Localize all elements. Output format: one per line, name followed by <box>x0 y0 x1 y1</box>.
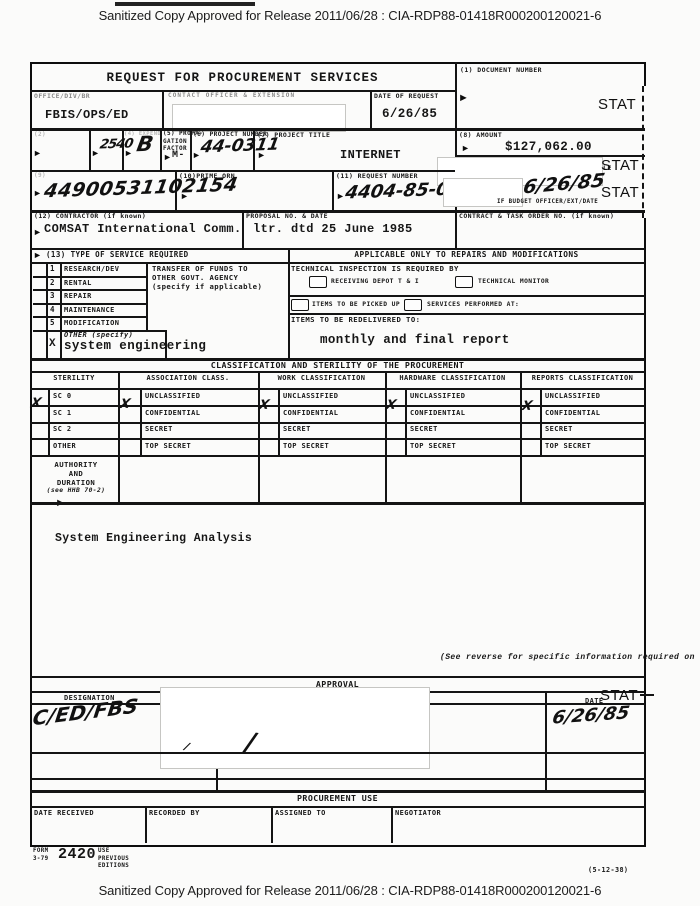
service-item-num: 2 <box>50 278 55 287</box>
technical-monitor-label: TECHNICAL MONITOR <box>478 278 549 286</box>
service-item-num: 5 <box>50 318 55 327</box>
arrow-marker: ► <box>124 148 132 158</box>
grid-line-v <box>162 90 164 128</box>
date-of-request-label: DATE OF REQUEST <box>374 92 439 100</box>
redaction-box <box>160 687 430 769</box>
assigned-to-label: ASSIGNED TO <box>275 809 326 818</box>
top-sanitization-banner: Sanitized Copy Approved for Release 2011… <box>0 8 700 23</box>
grid-line-v <box>242 210 244 248</box>
scanned-form-page: Sanitized Copy Approved for Release 2011… <box>0 0 700 906</box>
grid-line-v <box>455 210 457 248</box>
sterility-option: SC 2 <box>53 425 71 434</box>
grid-line-h <box>288 295 645 297</box>
grid-line-v <box>520 371 522 502</box>
association-option: SECRET <box>145 425 173 434</box>
grid-line-v <box>118 371 120 502</box>
arrow-marker: ► <box>33 227 41 237</box>
form-word: FORM <box>33 848 49 855</box>
contractor-value: COMSAT International Comm. <box>44 222 242 236</box>
grid-line-v <box>288 248 290 358</box>
arrow-marker: ► <box>33 148 41 158</box>
dashed-border <box>642 86 644 218</box>
hardware-option: UNCLASSIFIED <box>410 392 465 401</box>
work-option: CONFIDENTIAL <box>283 409 338 418</box>
service-item-label: MODIFICATION <box>64 319 119 328</box>
arrow-marker: ► <box>461 143 469 153</box>
request-number-label: (11) REQUEST NUMBER <box>336 172 418 180</box>
services-performed-label: SERVICES PERFORMED AT: <box>427 301 519 309</box>
services-performed-checkbox <box>404 299 422 311</box>
bottom-sanitization-banner: Sanitized Copy Approved for Release 2011… <box>0 883 700 898</box>
reports-column-header: REPORTS CLASSIFICATION <box>520 374 645 383</box>
type-of-service-label: (13) TYPE OF SERVICE REQUIRED <box>46 250 189 259</box>
grid-line-h <box>30 455 645 457</box>
procurement-description: System Engineering Analysis <box>55 532 252 545</box>
procurement-use-header: PROCUREMENT USE <box>30 793 645 803</box>
technical-inspection-label: TECHNICAL INSPECTION IS REQUIRED BY <box>291 264 459 273</box>
field2-label: (2) <box>34 131 46 139</box>
sterility-option: SC 0 <box>53 392 71 401</box>
work-option: UNCLASSIFIED <box>283 392 338 401</box>
recorded-by-label: RECORDED BY <box>149 809 200 818</box>
authority-duration-ref: (see HHB 70-2) <box>34 487 118 495</box>
grid-line-v <box>145 806 147 843</box>
grid-line-h <box>30 422 645 424</box>
arrow-marker: ► <box>257 150 265 160</box>
arrow-marker: ► <box>336 191 344 201</box>
form-edition: 3-79 <box>33 856 49 863</box>
grid-line-v <box>258 371 260 502</box>
service-item-num: 1 <box>50 264 55 273</box>
arrow-marker: ► <box>458 92 468 104</box>
sterility-option: SC 1 <box>53 409 71 418</box>
sterility-option: OTHER <box>53 442 76 451</box>
service-item-num: 4 <box>50 305 55 314</box>
stat-tick-line <box>640 694 654 696</box>
prime-orn-label: (10)PRIME ORN <box>179 172 235 180</box>
propagation-factor-value: M- <box>172 150 185 161</box>
form-title: REQUEST FOR PROCUREMENT SERVICES <box>30 71 455 85</box>
arrow-marker: ► <box>163 152 171 162</box>
field9-label: (9) <box>34 172 46 180</box>
see-reverse-note: (See reverse for specific information re… <box>440 652 640 664</box>
amount-value: $127,062.00 <box>505 140 592 154</box>
service-item-label: REPAIR <box>64 292 92 301</box>
classification-section-header: CLASSIFICATION AND STERILITY OF THE PROC… <box>30 360 645 370</box>
redelivered-to-value: monthly and final report <box>320 333 510 347</box>
office-div-br-value: FBIS/OPS/ED <box>45 108 129 122</box>
print-code: (5-12-38) <box>588 866 628 874</box>
reports-option: UNCLASSIFIED <box>545 392 600 401</box>
grid-line-v <box>370 90 372 128</box>
receiving-depot-checkbox <box>309 276 327 288</box>
service-item-num: 3 <box>50 291 55 300</box>
service-item-label: RESEARCH/DEV <box>64 265 119 274</box>
authority-duration-label: AUTHORITY AND DURATION <box>38 460 114 487</box>
proposal-label: PROPOSAL NO. & DATE <box>246 212 328 220</box>
association-option: UNCLASSIFIED <box>145 392 200 401</box>
arrow-marker: ► <box>91 148 99 158</box>
contractor-label: (12) CONTRACTOR (if known) <box>34 212 146 220</box>
date-of-request-value: 6/26/85 <box>382 107 437 121</box>
service-item-label: MAINTENANCE <box>64 306 115 315</box>
use-previous-editions-note: USE PREVIOUS EDITIONS <box>98 848 129 871</box>
technical-monitor-checkbox <box>455 276 473 288</box>
work-option: SECRET <box>283 425 311 434</box>
stat-marking: STAT <box>598 96 636 113</box>
grid-line-v <box>385 371 387 502</box>
amount-label: (8) AMOUNT <box>459 131 502 139</box>
office-div-br-label: OFFICE/DIV/BR <box>34 92 90 100</box>
sterility-column-header: STERILITY <box>30 374 118 383</box>
contact-officer-label: CONTACT OFFICER & EXTENSION <box>168 92 295 100</box>
association-option: TOP SECRET <box>145 442 191 451</box>
work-option: TOP SECRET <box>283 442 329 451</box>
grid-line-v <box>391 806 393 843</box>
arrow-marker: ► <box>180 191 188 201</box>
grid-line-h <box>30 388 645 390</box>
form-number: 2420 <box>58 846 96 863</box>
proposal-value: ltr. dtd 25 June 1985 <box>253 222 413 236</box>
negotiator-label: NEGOTIATOR <box>395 809 441 818</box>
grid-line-h <box>30 438 645 440</box>
grid-line-v <box>545 691 547 790</box>
redelivered-to-label: ITEMS TO BE REDELIVERED TO: <box>291 315 420 324</box>
items-picked-up-checkbox <box>291 299 309 311</box>
stat-marking: STAT <box>600 687 638 704</box>
grid-line-h <box>30 676 645 678</box>
stat-marking: STAT <box>601 184 639 201</box>
hardware-option: TOP SECRET <box>410 442 456 451</box>
transfer-of-funds-note: TRANSFER OF FUNDS TO OTHER GOVT. AGENCY … <box>152 264 262 291</box>
grid-line-h <box>30 806 645 808</box>
work-column-header: WORK CLASSIFICATION <box>258 374 385 383</box>
contract-task-order-label: CONTRACT & TASK ORDER NO. (if known) <box>459 212 614 220</box>
date-received-label: DATE RECEIVED <box>34 809 94 818</box>
project-title-value: INTERNET <box>340 148 401 162</box>
budget-officer-label: IF BUDGET OFFICER/EXT/DATE <box>497 199 598 206</box>
stat-marking: STAT <box>601 157 639 174</box>
grid-line-v <box>146 262 148 330</box>
service-item-label: RENTAL <box>64 279 92 288</box>
scan-artifact-bar <box>115 2 255 6</box>
grid-line-h <box>30 778 645 780</box>
service-other-value: system engineering <box>64 339 206 353</box>
hardware-column-header: HARDWARE CLASSIFICATION <box>385 374 520 383</box>
grid-line-h <box>30 752 645 754</box>
service-other-checkmark: X <box>49 338 56 350</box>
reports-option: TOP SECRET <box>545 442 591 451</box>
grid-line-h <box>30 502 645 505</box>
project-title-label: (7) PROJECT TITLE <box>257 131 330 139</box>
items-picked-up-label: ITEMS TO BE PICKED UP OR <box>312 301 413 309</box>
grid-line-v <box>332 170 334 210</box>
grid-line-h <box>30 371 645 373</box>
receiving-depot-label: RECEIVING DEPOT T & I <box>331 278 419 286</box>
repairs-section-header: APPLICABLE ONLY TO REPAIRS AND MODIFICAT… <box>288 250 645 260</box>
association-column-header: ASSOCIATION CLASS. <box>118 374 258 383</box>
arrow-marker: ► <box>33 250 41 260</box>
reports-option: CONFIDENTIAL <box>545 409 600 418</box>
arrow-marker: ► <box>33 188 41 198</box>
doc-number-label: (1) DOCUMENT NUMBER <box>460 66 542 74</box>
hardware-option: SECRET <box>410 425 438 434</box>
association-option: CONFIDENTIAL <box>145 409 200 418</box>
grid-line-v <box>271 806 273 843</box>
reports-option: SECRET <box>545 425 573 434</box>
hardware-option: CONFIDENTIAL <box>410 409 465 418</box>
